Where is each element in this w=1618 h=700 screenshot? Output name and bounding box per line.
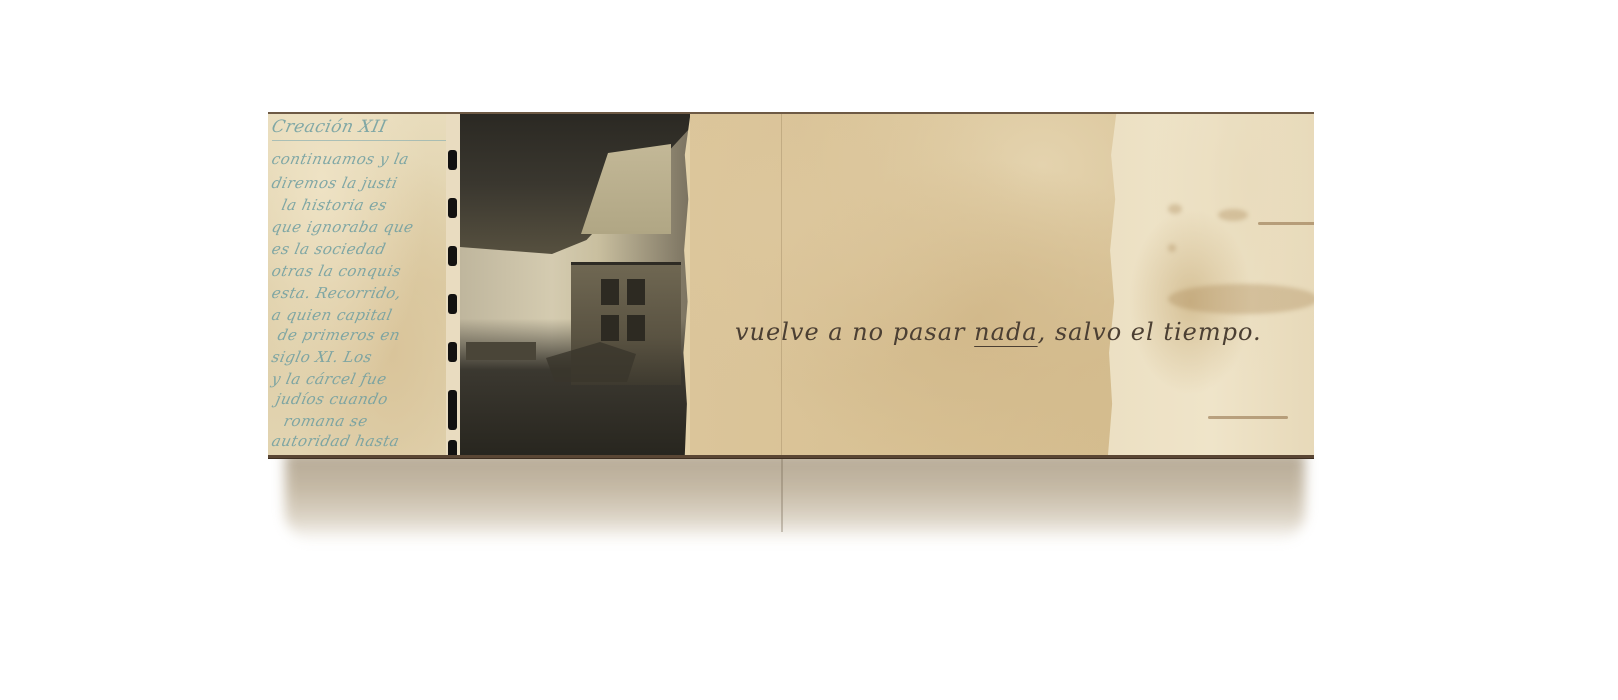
water-stain [1218, 209, 1248, 221]
artwork-scene: Creación XII continuamos y la diremos la… [0, 0, 1618, 700]
manuscript-line: a quien capital [271, 308, 394, 322]
door-window [627, 315, 645, 341]
manuscript-line: es la sociedad [271, 242, 388, 256]
manuscript-line: siglo XI. Los [271, 350, 374, 364]
sprocket-hole [448, 390, 457, 430]
caption-part-before: vuelve a no pasar [735, 318, 966, 346]
shadow-fold-line [781, 452, 783, 532]
door-window [627, 279, 645, 305]
manuscript-title: Creación XII [271, 120, 388, 134]
sprocket-hole [448, 246, 457, 266]
aged-paper-middle [690, 114, 1130, 455]
caption-underlined-word: nada [974, 318, 1037, 346]
manuscript-line: judíos cuando [275, 392, 390, 406]
manuscript-line: otras la conquis [271, 264, 403, 278]
sprocket-hole [448, 342, 457, 362]
film-edge [446, 114, 460, 455]
handwritten-caption: vuelve a no pasar nada, salvo el tiempo. [735, 318, 1262, 346]
caption-part-after: , salvo el tiempo. [1038, 318, 1262, 346]
manuscript-panel: Creación XII continuamos y la diremos la… [268, 114, 447, 455]
photo-bench [466, 342, 536, 360]
stain-streak [1208, 416, 1288, 419]
water-stain [1168, 284, 1314, 314]
manuscript-line: autoridad hasta [271, 434, 401, 448]
manuscript-line: esta. Recorrido, [271, 286, 403, 300]
manuscript-line: la historia es [281, 198, 389, 212]
sprocket-hole [448, 294, 457, 314]
sprocket-hole [448, 198, 457, 218]
aged-paper-right [1108, 114, 1314, 455]
water-stain [1168, 244, 1176, 252]
door-window [601, 315, 619, 341]
manuscript-line: de primeros en [277, 328, 402, 342]
door-window [601, 279, 619, 305]
stain-streak [1258, 222, 1314, 225]
book-shadow [285, 452, 1305, 542]
sprocket-hole [448, 440, 457, 458]
book-fold-line [781, 114, 782, 455]
water-stain [1168, 204, 1182, 214]
manuscript-line: continuamos y la [271, 152, 411, 166]
sprocket-hole [448, 150, 457, 170]
film-photo [446, 114, 690, 455]
manuscript-line: y la cárcel fue [271, 372, 389, 386]
manuscript-line: que ignoraba que [271, 220, 416, 234]
artist-book: Creación XII continuamos y la diremos la… [268, 112, 1314, 458]
manuscript-title-rule [272, 140, 446, 141]
manuscript-line: romana se [283, 414, 370, 428]
manuscript-line: diremos la justi [271, 176, 399, 190]
